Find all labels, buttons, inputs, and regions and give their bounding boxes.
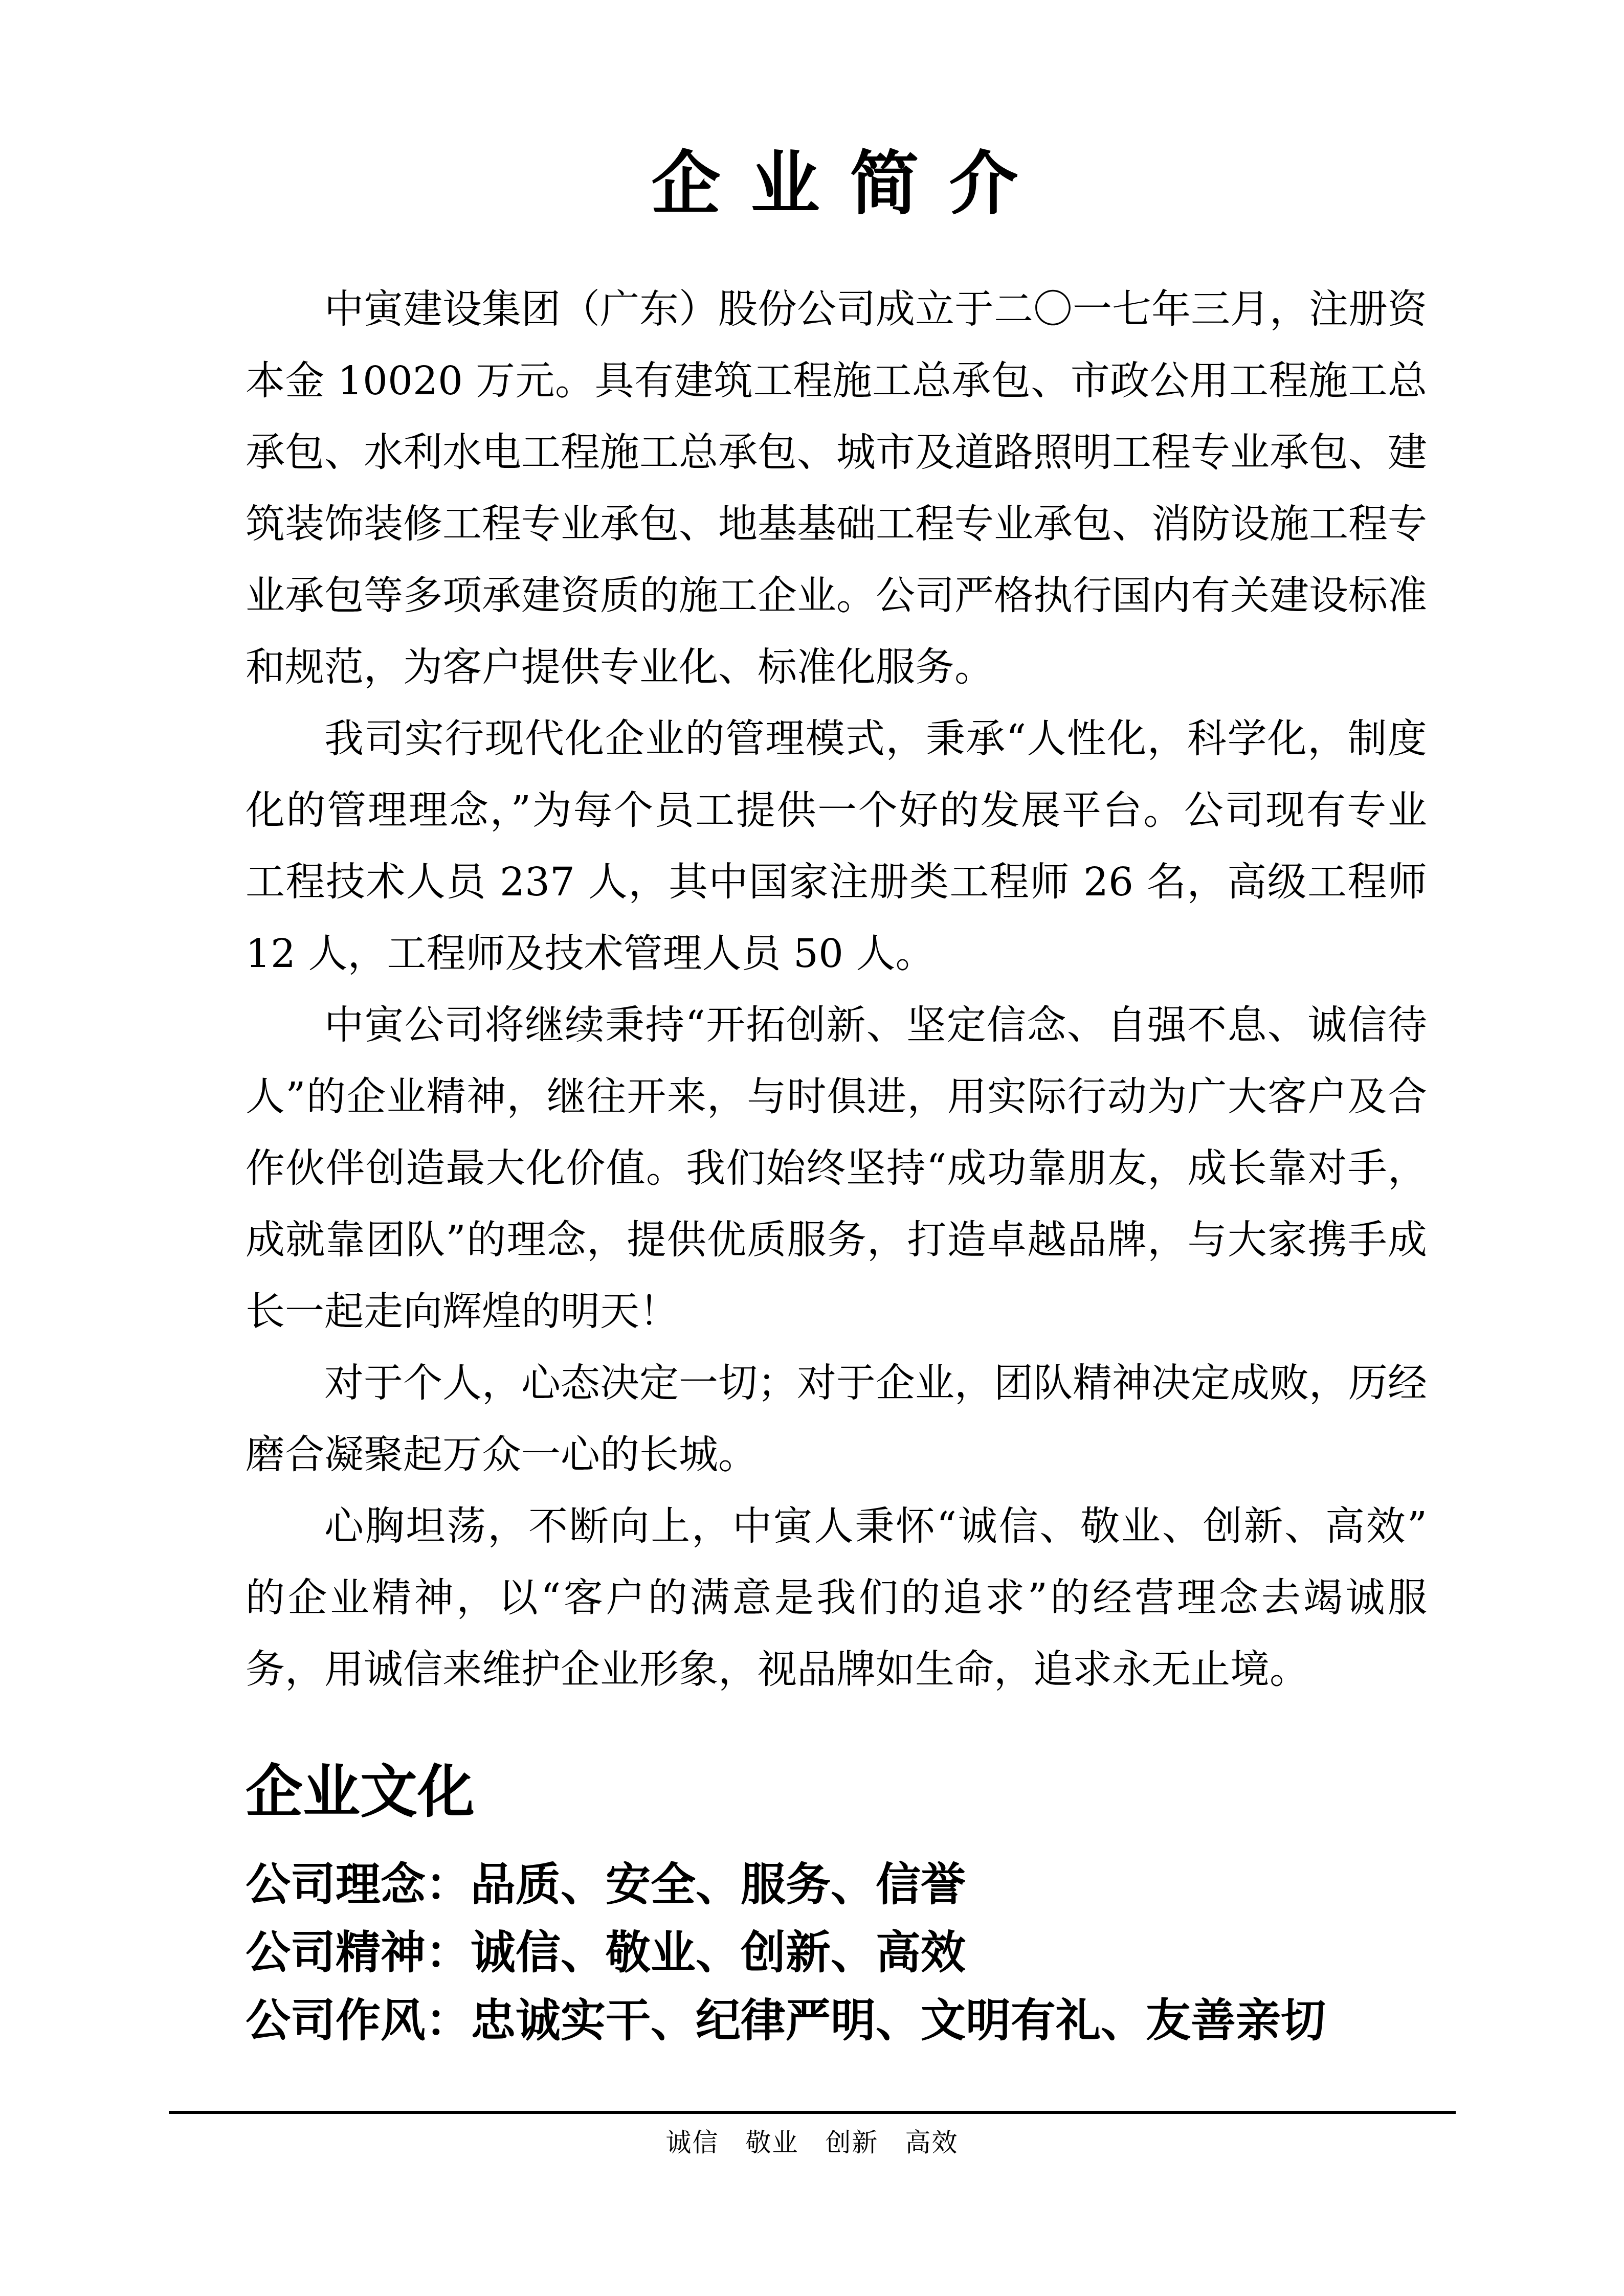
culture-heading: 企业文化 bbox=[246, 1755, 1427, 1830]
paragraph-service: 心胸坦荡，不断向上，中寅人秉怀“诚信、敬业、创新、高效”的企业精神，以“客户的满… bbox=[246, 1491, 1427, 1706]
page-footer: 诚信 敬业 创新 高效 bbox=[0, 2111, 1624, 2159]
paragraph-management: 我司实行现代化企业的管理模式，秉承“人性化，科学化，制度化的管理理念，”为每个员… bbox=[246, 704, 1427, 990]
paragraph-mindset: 对于个人，心态决定一切；对于企业，团队精神决定成败，历经磨合凝聚起万众一心的长城… bbox=[246, 1348, 1427, 1491]
culture-item-style: 公司作风：忠诚实干、纪律严明、文明有礼、友善亲切 bbox=[246, 1986, 1427, 2054]
document-page: 企 业 简 介 中寅建设集团（广东）股份公司成立于二〇一七年三月，注册资本金 1… bbox=[0, 0, 1624, 2296]
culture-item-concept: 公司理念：品质、安全、服务、信誉 bbox=[246, 1850, 1427, 1918]
culture-section: 企业文化 公司理念：品质、安全、服务、信誉 公司精神：诚信、敬业、创新、高效 公… bbox=[246, 1755, 1427, 2054]
footer-divider bbox=[169, 2111, 1456, 2114]
document-body: 中寅建设集团（广东）股份公司成立于二〇一七年三月，注册资本金 10020 万元。… bbox=[246, 274, 1427, 1706]
document-content: 企 业 简 介 中寅建设集团（广东）股份公司成立于二〇一七年三月，注册资本金 1… bbox=[0, 0, 1624, 2054]
document-title: 企 业 简 介 bbox=[246, 142, 1427, 225]
culture-item-spirit: 公司精神：诚信、敬业、创新、高效 bbox=[246, 1918, 1427, 1986]
footer-motto: 诚信 敬业 创新 高效 bbox=[0, 2122, 1624, 2159]
paragraph-company-intro: 中寅建设集团（广东）股份公司成立于二〇一七年三月，注册资本金 10020 万元。… bbox=[246, 274, 1427, 704]
paragraph-spirit: 中寅公司将继续秉持“开拓创新、坚定信念、自强不息、诚信待人”的企业精神，继往开来… bbox=[246, 990, 1427, 1348]
